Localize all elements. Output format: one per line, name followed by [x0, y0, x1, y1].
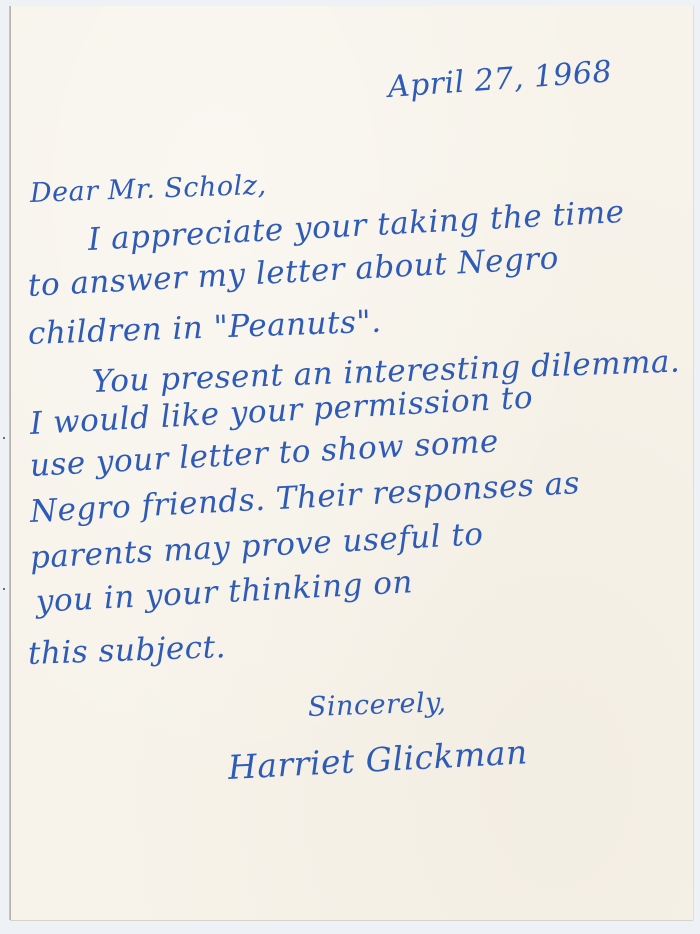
- margin-mark: [3, 437, 5, 439]
- letter-closing: Sincerely,: [307, 687, 446, 723]
- letter-body-line: this subject.: [27, 629, 226, 672]
- margin-mark: [3, 588, 5, 590]
